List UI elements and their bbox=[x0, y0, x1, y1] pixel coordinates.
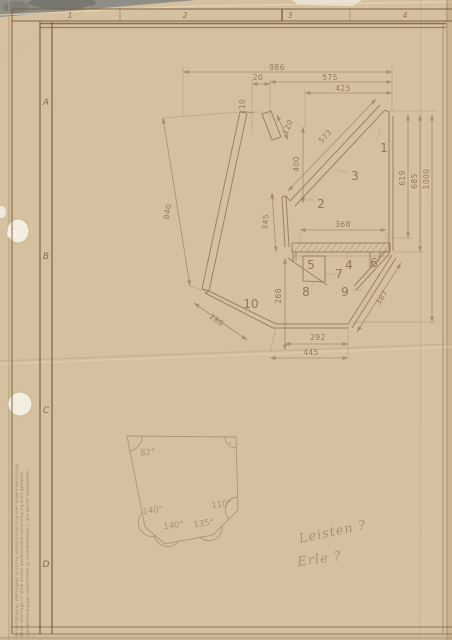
handwritten-notes: Leisten ? Erle ? bbox=[295, 518, 367, 570]
part-label-7: 7 bbox=[335, 267, 343, 281]
scan-artifacts bbox=[0, 0, 452, 640]
dim-bottom-left-diag: 280 bbox=[207, 312, 225, 328]
part-label-4: 4 bbox=[345, 258, 353, 272]
dim-strip-thickness: 10 bbox=[238, 99, 247, 109]
dim-mid-left: 345 bbox=[260, 214, 270, 230]
main-view-outline bbox=[202, 105, 396, 328]
right-angle-dot bbox=[229, 442, 231, 444]
edge-nick bbox=[0, 206, 6, 218]
handwritten-note-1: Leisten ? bbox=[297, 518, 368, 547]
dim-gap: 20 bbox=[253, 73, 263, 82]
part-label-8: 8 bbox=[302, 285, 310, 299]
dim-overall-width: 986 bbox=[269, 63, 285, 72]
handwritten-note-2: Erle ? bbox=[295, 549, 342, 570]
dim-diagonal: 573 bbox=[317, 128, 334, 145]
section-letter: C bbox=[43, 406, 50, 416]
angle-label-140b: 140° bbox=[163, 520, 185, 533]
ruler-number: 3 bbox=[287, 11, 292, 20]
drawing-canvas: 1 2 3 4 A B C D bbox=[0, 0, 452, 640]
section-view: 82° 140° 140° 135° 110° bbox=[127, 436, 238, 547]
dim-top-right: 575 bbox=[322, 73, 338, 82]
angle-label-140a: 140° bbox=[142, 505, 164, 518]
dim-bottom-right-diag: 387 bbox=[374, 289, 390, 307]
dim-height-right-3: 1000 bbox=[422, 169, 431, 190]
dim-top-inner: 425 bbox=[335, 84, 351, 93]
part-label-9: 9 bbox=[341, 285, 349, 299]
dim-height-right-2: 685 bbox=[410, 173, 419, 189]
section-letter: B bbox=[43, 252, 49, 262]
dim-height-left: 400 bbox=[292, 156, 301, 172]
dim-lower-height: 268 bbox=[274, 288, 283, 304]
ruler-number: 1 bbox=[67, 11, 72, 20]
sheet-frame: 1 2 3 4 A B C D bbox=[12, 9, 452, 634]
section-letter: D bbox=[43, 560, 50, 570]
angle-label-82: 82° bbox=[140, 447, 156, 459]
dimension-labels: 986 20 575 425 10 120 840 573 400 345 36… bbox=[162, 63, 431, 357]
angle-label-110: 110° bbox=[211, 499, 233, 512]
dimension-lines bbox=[163, 66, 436, 358]
dim-bottom-inner: 292 bbox=[310, 333, 326, 342]
dim-shelf-width: 368 bbox=[335, 220, 351, 229]
section-letter: A bbox=[42, 98, 49, 108]
hatch-pattern bbox=[294, 243, 389, 252]
part-label-5: 5 bbox=[307, 258, 315, 272]
punch-hole bbox=[7, 219, 29, 243]
ruler-number: 4 bbox=[402, 11, 407, 20]
part-label-10: 10 bbox=[243, 297, 258, 311]
dim-small-piece: 120 bbox=[281, 118, 295, 136]
part-label-3: 3 bbox=[351, 169, 359, 183]
part-label-6: 6 bbox=[370, 256, 378, 270]
dim-height-right-1: 619 bbox=[398, 170, 407, 186]
angle-label-135: 135° bbox=[193, 518, 215, 531]
part-label-1: 1 bbox=[380, 141, 388, 155]
ruler-number: 2 bbox=[182, 11, 187, 20]
dim-bottom-outer: 445 bbox=[303, 348, 319, 357]
scanned-drawing-sheet: Vervielfältigung, Weitergabe an Dritte, … bbox=[0, 0, 452, 640]
part-label-2: 2 bbox=[317, 197, 325, 211]
dim-left-strip: 840 bbox=[162, 203, 174, 220]
